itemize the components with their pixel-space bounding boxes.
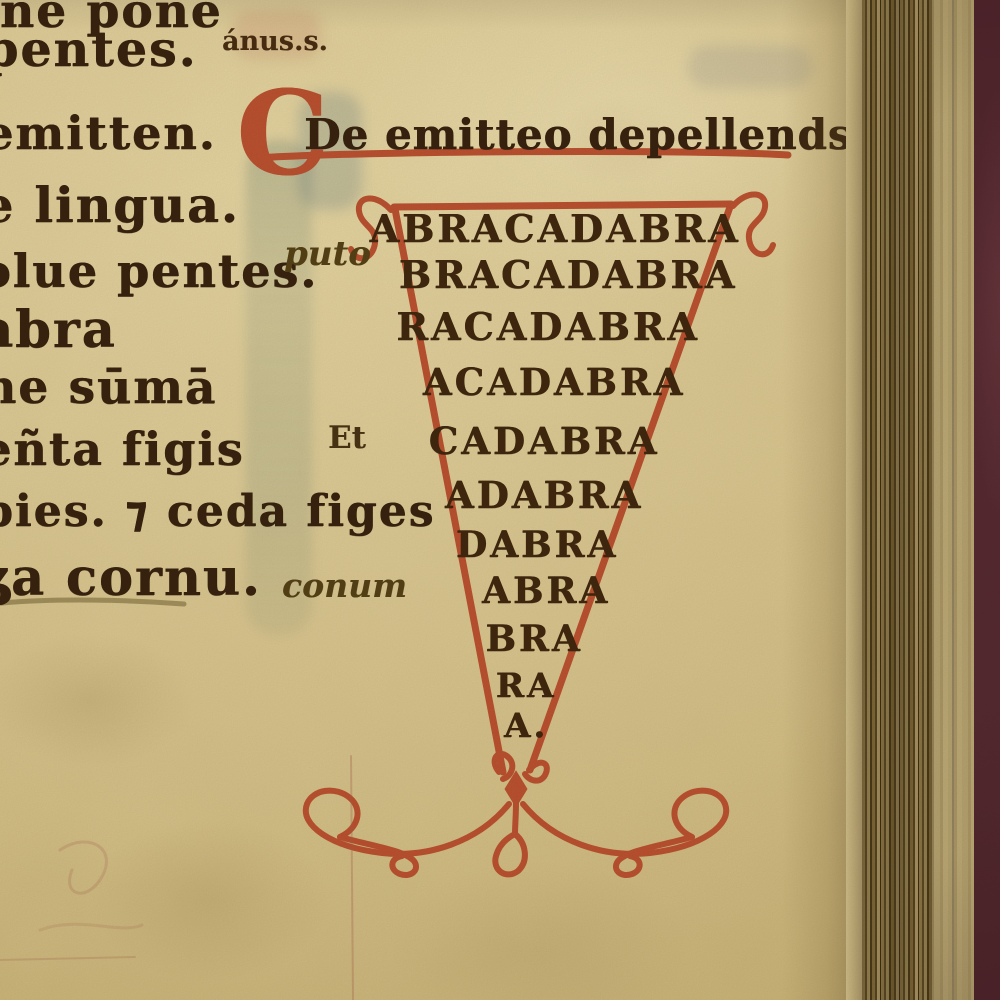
text-line: he sūmā	[0, 360, 217, 415]
manuscript-photo: ine pone pentes. ánus.s. emitten. C De e…	[0, 0, 1000, 1000]
triangle-line: RA	[226, 666, 826, 706]
triangle-line: CADABRA	[244, 419, 844, 463]
triangle-line: DABRA	[237, 524, 837, 566]
triangle-line: ABRACADABRA	[255, 206, 855, 251]
triangle-line: ACADABRA	[254, 360, 854, 404]
text-line: ʒa cornu.	[0, 548, 262, 608]
rubric-title: De emitteo depellends.	[304, 110, 868, 159]
triangle-line: ADABRA	[244, 473, 844, 517]
text-line: pentes.	[0, 20, 198, 78]
triangle-line: ABRA	[246, 570, 846, 612]
text-line: emitten.	[0, 106, 217, 160]
triangle-line: RACADABRA	[248, 304, 848, 349]
triangle-line: A.	[226, 706, 826, 746]
triangle-line: BRA	[234, 618, 834, 660]
text-line: abra	[0, 300, 117, 360]
margin-note: ánus.s.	[222, 26, 328, 57]
triangle-line: BRACADABRA	[268, 252, 868, 297]
text-line: e lingua.	[0, 176, 240, 234]
text-line: eñta figis	[0, 422, 245, 476]
